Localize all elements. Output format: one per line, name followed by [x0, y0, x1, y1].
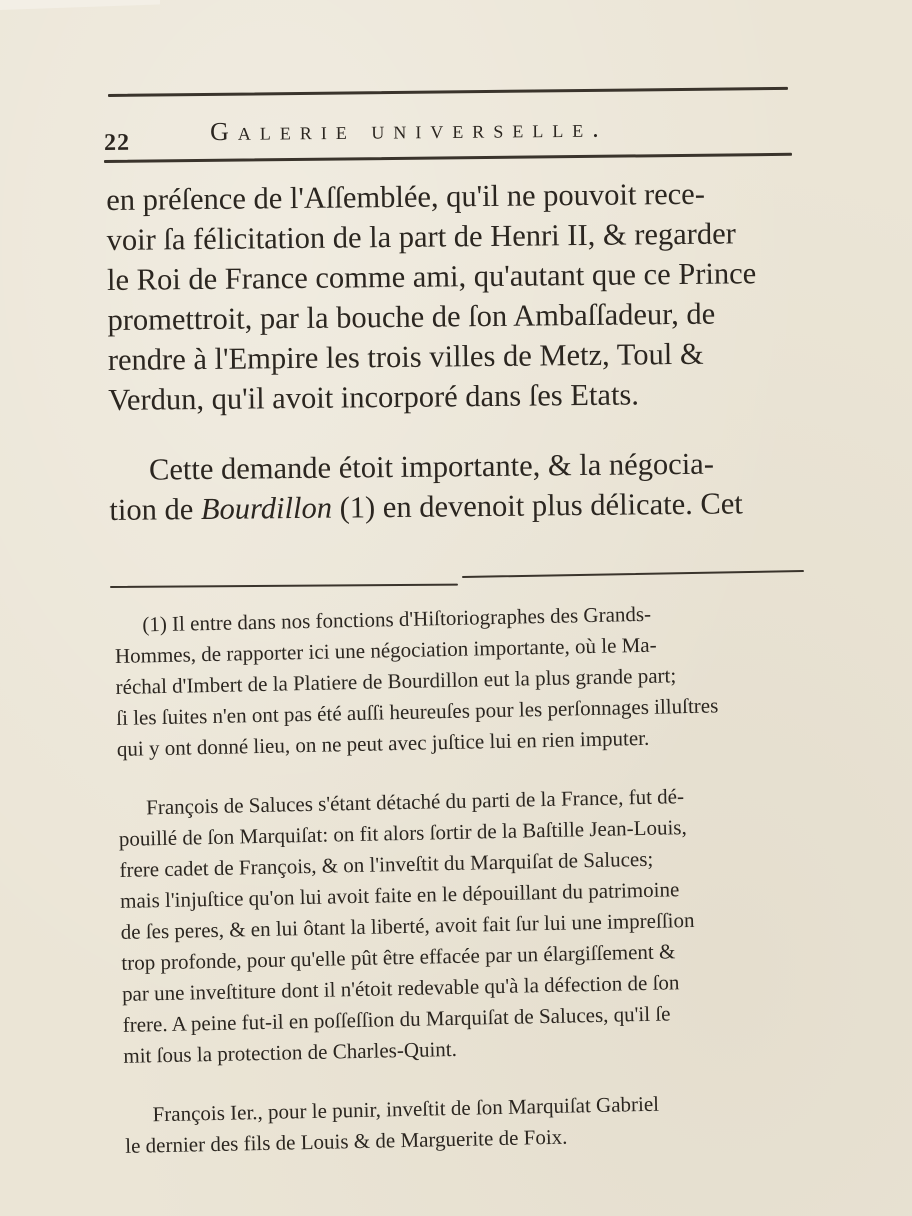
footnote-2: François de Saluces s'étant détaché du p… [118, 778, 824, 1072]
main-text: en préſence de l'Aſſemblée, qu'il ne pou… [106, 173, 810, 530]
running-title: Galerie universelle. [210, 114, 608, 147]
running-head: 22 Galerie universelle. [104, 106, 794, 152]
header-rule-bottom [104, 153, 792, 163]
footnote-3: François Ier., pour le punir, inveſtit d… [124, 1085, 825, 1162]
footnote-1: (1) Il entre dans nos fonctions d'Hiſtor… [114, 595, 817, 765]
footnote-rule-right [462, 570, 804, 578]
text-segment: tion de [109, 492, 201, 527]
text-segment: (1) en devenoit plus délicate. Cet [332, 486, 743, 524]
footnotes: (1) Il entre dans nos fonctions d'Hiſtor… [114, 595, 826, 1190]
text-line: rendre à l'Empire les trois villes de Me… [108, 333, 808, 380]
page-number: 22 [104, 130, 130, 157]
page-corner [0, 0, 160, 10]
header-rule-top [108, 87, 788, 97]
italic-name-bourdillon: Bourdillon [201, 491, 332, 526]
body-paragraph-1: en préſence de l'Aſſemblée, qu'il ne pou… [106, 173, 808, 420]
footnote-rule-left [110, 584, 458, 588]
text-line: tion de Bourdillon (1) en devenoit plus … [109, 483, 809, 530]
text-line: Verdun, qu'il avoit incorporé dans ſes E… [108, 373, 808, 420]
body-paragraph-2: Cette demande étoit importante, & la nég… [109, 443, 810, 530]
